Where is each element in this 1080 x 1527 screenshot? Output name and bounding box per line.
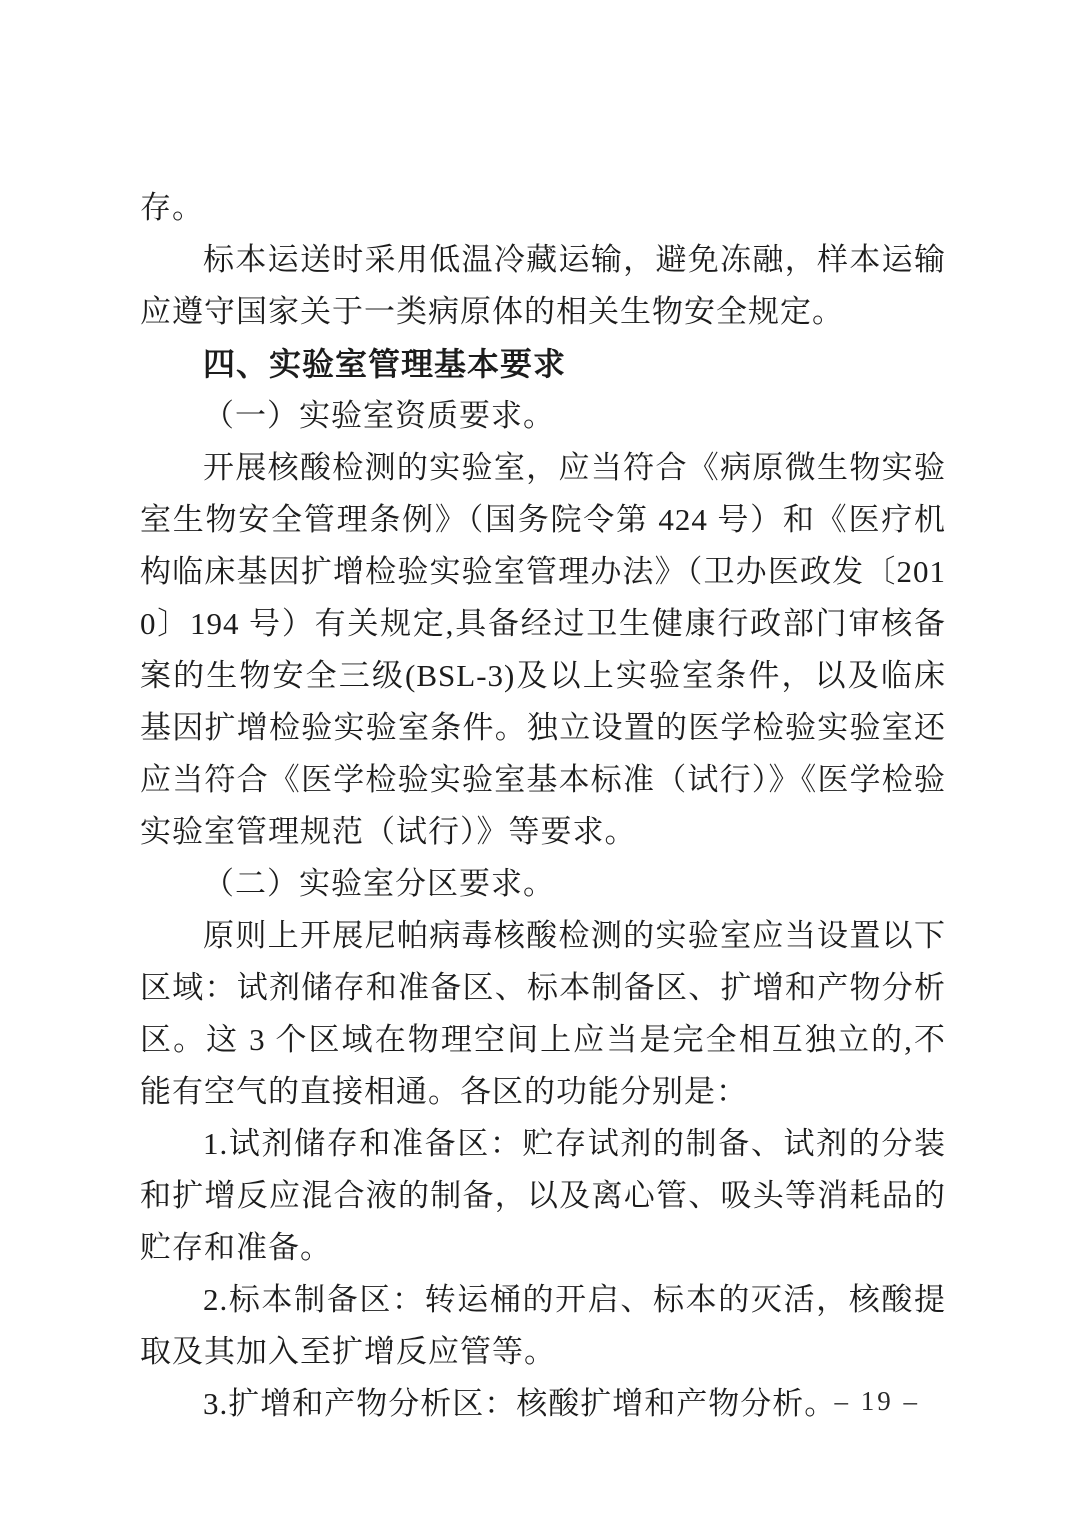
paragraph-continuation: 存。	[140, 182, 946, 234]
list-item-3: 3.扩增和产物分析区：核酸扩增和产物分析。	[140, 1378, 946, 1430]
page-number: – 19 –	[835, 1386, 921, 1417]
document-page: 存。 标本运送时采用低温冷藏运输，避免冻融，样本运输应遵守国家关于一类病原体的相…	[0, 0, 1080, 1527]
subsection-heading: （一）实验室资质要求。	[140, 390, 946, 442]
list-item-2: 2.标本制备区：转运桶的开启、标本的灭活，核酸提取及其加入至扩增反应管等。	[140, 1274, 946, 1378]
paragraph: 原则上开展尼帕病毒核酸检测的实验室应当设置以下区域：试剂储存和准备区、标本制备区…	[140, 910, 946, 1118]
subsection-heading: （二）实验室分区要求。	[140, 858, 946, 910]
document-content: 存。 标本运送时采用低温冷藏运输，避免冻融，样本运输应遵守国家关于一类病原体的相…	[140, 182, 946, 1430]
paragraph: 标本运送时采用低温冷藏运输，避免冻融，样本运输应遵守国家关于一类病原体的相关生物…	[140, 234, 946, 338]
paragraph: 开展核酸检测的实验室，应当符合《病原微生物实验室生物安全管理条例》（国务院令第 …	[140, 442, 946, 858]
section-heading: 四、实验室管理基本要求	[140, 338, 946, 390]
list-item-1: 1.试剂储存和准备区：贮存试剂的制备、试剂的分装和扩增反应混合液的制备，以及离心…	[140, 1118, 946, 1274]
